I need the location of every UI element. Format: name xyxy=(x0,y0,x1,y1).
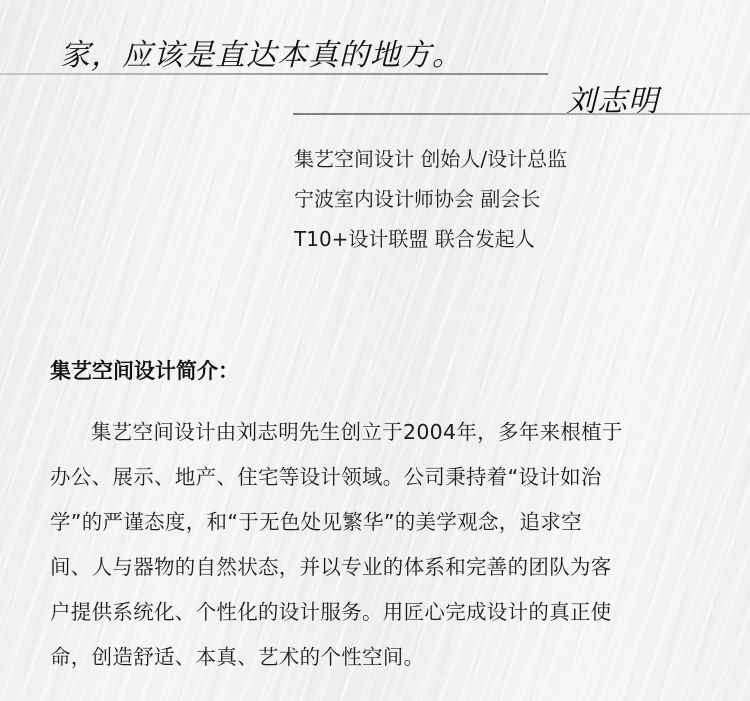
paragraph-line: 命，创造舒适、本真、艺术的个性空间。 xyxy=(50,635,710,680)
divider-bottom xyxy=(293,113,750,115)
paragraph-line: 户提供系统化、个性化的设计服务。用匠心完成设计的真正使 xyxy=(50,590,710,635)
handwritten-quote: 家，应该是直达本真的地方。 xyxy=(60,30,463,74)
paragraph-line: 学”的严谨态度，和“于无色处见繁华”的美学观念，追求空 xyxy=(50,500,710,545)
paragraph-line: 办公、展示、地产、住宅等设计领域。公司秉持着“设计如治 xyxy=(50,455,710,500)
intro-paragraph: 集艺空间设计由刘志明先生创立于2004年，多年来根植于 办公、展示、地产、住宅等… xyxy=(50,410,710,680)
title-line: T10+设计联盟 联合发起人 xyxy=(294,219,567,259)
divider-top xyxy=(0,73,548,75)
title-line: 宁波室内设计师协会 副会长 xyxy=(294,179,567,219)
paragraph-line: 间、人与器物的自然状态，并以专业的体系和完善的团队为客 xyxy=(50,545,710,590)
founder-titles: 集艺空间设计 创始人/设计总监 宁波室内设计师协会 副会长 T10+设计联盟 联… xyxy=(294,139,567,259)
paragraph-line: 集艺空间设计由刘志明先生创立于2004年，多年来根植于 xyxy=(50,410,710,455)
title-line: 集艺空间设计 创始人/设计总监 xyxy=(294,139,567,179)
intro-heading: 集艺空间设计简介： xyxy=(50,355,239,385)
